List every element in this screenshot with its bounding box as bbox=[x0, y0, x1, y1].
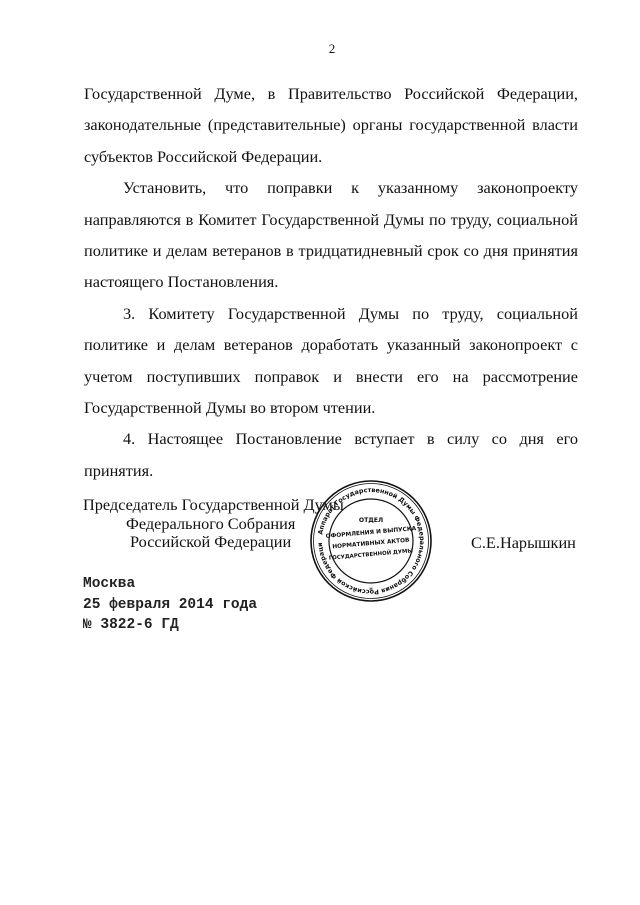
paragraph-item-3: 3. Комитету Государственной Думы по труд… bbox=[84, 298, 578, 424]
signer-name: С.Е.Нарышкин bbox=[471, 533, 576, 553]
signature-title-line-1: Председатель Государственной Думы bbox=[83, 496, 344, 515]
stamp-inner-line-3: НОРМАТИВНЫХ АКТОВ bbox=[332, 538, 410, 551]
document-body: Государственной Думе, в Правительство Ро… bbox=[84, 78, 578, 486]
footer-city: Москва bbox=[83, 574, 257, 595]
document-footer: Москва 25 февраля 2014 года № 3822-6 ГД bbox=[83, 574, 257, 636]
footer-date: 25 февраля 2014 года bbox=[83, 595, 257, 616]
paragraph-continuation: Государственной Думе, в Правительство Ро… bbox=[84, 78, 578, 172]
page-number: 2 bbox=[0, 41, 640, 57]
signature-title-block: Председатель Государственной Думы Федера… bbox=[83, 496, 344, 552]
stamp-inner-line-1: ОТДЕЛ bbox=[359, 517, 383, 524]
signature-title-line-2: Федерального Собрания bbox=[83, 515, 344, 534]
official-stamp: Аппарат Государственной Думы Федеральног… bbox=[309, 479, 433, 603]
stamp-star: * bbox=[369, 586, 373, 595]
paragraph-amendments-deadline: Установить, что поправки к указанному за… bbox=[84, 172, 578, 298]
signature-title-line-3: Российской Федерации bbox=[83, 533, 344, 552]
stamp-seal-icon: Аппарат Государственной Думы Федеральног… bbox=[309, 479, 433, 603]
footer-number: № 3822-6 ГД bbox=[83, 615, 257, 636]
paragraph-item-4: 4. Настоящее Постановление вступает в си… bbox=[84, 423, 578, 486]
